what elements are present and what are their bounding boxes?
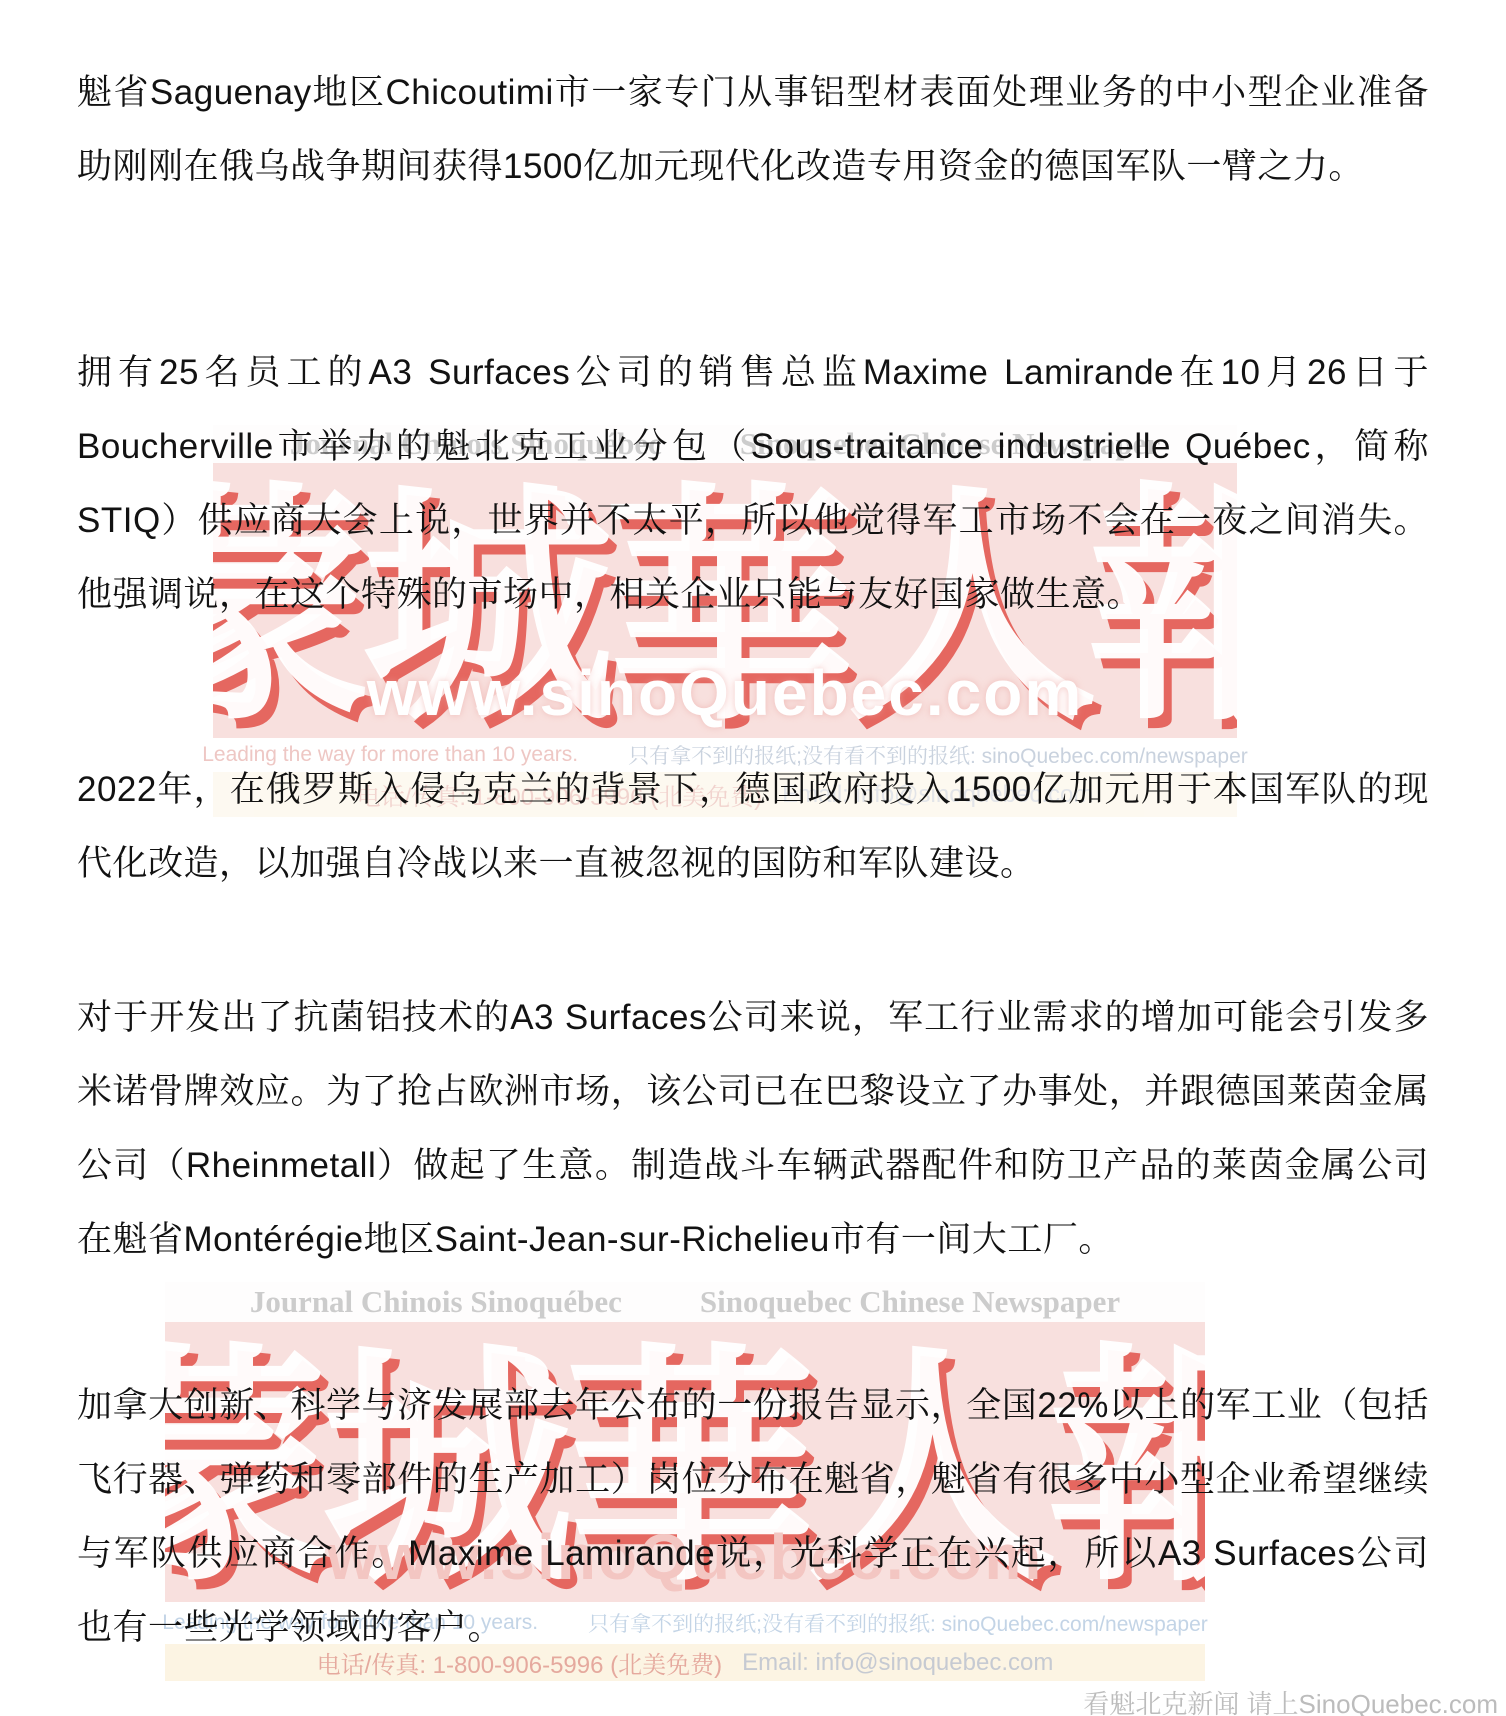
footer-note: 看魁北克新闻 请上SinoQuebec.com bbox=[1083, 1684, 1498, 1716]
watermark-header: Journal Chinois Sinoquébec Sinoquebec Ch… bbox=[165, 1282, 1205, 1322]
watermark-header-right-label: Sinoquebec Chinese Newspaper bbox=[700, 1284, 1120, 1320]
article-paragraph-5: 加拿大创新、科学与济发展部去年公布的一份报告显示，全国22%以上的军工业（包括飞… bbox=[77, 1369, 1429, 1665]
article-paragraph-1: 魁省Saguenay地区Chicoutimi市一家专门从事铝型材表面处理业务的中… bbox=[77, 56, 1429, 204]
watermark-site-url: www.sinoQuebec.com bbox=[213, 656, 1237, 730]
article-paragraph-3: 2022年，在俄罗斯入侵乌克兰的背景下，德国政府投入1500亿加元用于本国军队的… bbox=[77, 753, 1429, 901]
article-paragraph-4: 对于开发出了抗菌铝技术的A3 Surfaces公司来说，军工行业需求的增加可能会… bbox=[77, 981, 1429, 1277]
watermark-header-left-label: Journal Chinois Sinoquébec bbox=[250, 1284, 622, 1320]
article-paragraph-2: 拥有25名员工的A3 Surfaces公司的销售总监Maxime Lamiran… bbox=[77, 336, 1429, 632]
